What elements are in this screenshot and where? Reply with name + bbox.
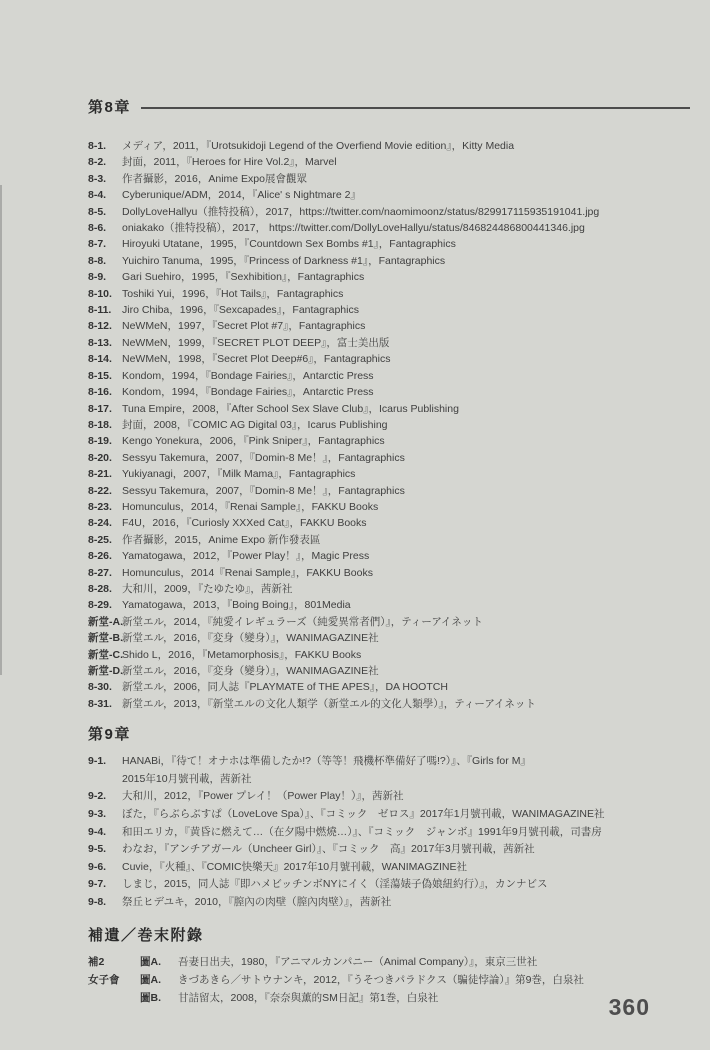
entry-label: 新堂-C.	[88, 647, 122, 663]
list-item: 8-24.F4U，2016，『Curiosly XXXed Cat』，FAKKU…	[88, 515, 690, 531]
list-item: 8-4.Cyberunique/ADM，2014，『Alice' s Night…	[88, 187, 690, 203]
entry-text: 新堂エル，2013，『新堂エルの文化人類学（新堂エル的文化人類學）』，ティーアイ…	[122, 696, 690, 712]
entry-label: 8-12.	[88, 318, 122, 334]
entry-text: しまじ，2015，同人誌『即ハメビッチンボNYにイく（淫蕩婊子偽娘紐約行）』，カ…	[122, 876, 690, 894]
entry-text: Cyberunique/ADM，2014，『Alice' s Nightmare…	[122, 187, 690, 203]
list-item: 8-10.Toshiki Yui，1996，『Hot Tails』，Fantag…	[88, 286, 690, 302]
entry-sublabel: 圖A.	[140, 971, 178, 989]
entry-text: Kondom，1994，『Bondage Fairies』，Antarctic …	[122, 384, 690, 400]
entry-text: 吾妻日出夫，1980，『アニマルカンパニー（Animal Company）』，東…	[178, 953, 690, 971]
entry-label: 8-21.	[88, 466, 122, 482]
list-item: 9-6.Cuvie，『火種』、『COMIC快樂天』2017年10月號刊載，WAN…	[88, 859, 690, 877]
entry-label: 9-2.	[88, 788, 122, 806]
section-ch8: 第8章8-1.メディア，2011，『Urotsukidoji Legend of…	[88, 96, 690, 712]
list-item: 8-11.Jiro Chiba，1996，『Sexcapades』，Fantag…	[88, 302, 690, 318]
list-item: 8-17.Tuna Empire，2008，『After School Sex …	[88, 401, 690, 417]
entry-label: 8-15.	[88, 368, 122, 384]
entry-label: 8-9.	[88, 269, 122, 285]
entry-label: 8-7.	[88, 236, 122, 252]
reference-list: 第8章8-1.メディア，2011，『Urotsukidoji Legend of…	[88, 96, 690, 1007]
entry-label: 補2	[88, 953, 140, 971]
entry-rows: 8-1.メディア，2011，『Urotsukidoji Legend of th…	[88, 138, 690, 712]
list-item: 9-2.大和川，2012，『Power プレイ！（Power Play！）』，茜…	[88, 788, 690, 806]
scanned-book-page: 第8章8-1.メディア，2011，『Urotsukidoji Legend of…	[0, 0, 710, 1050]
entry-label: 9-7.	[88, 876, 122, 894]
entry-text: Yuichiro Tanuma，1995，『Princess of Darkne…	[122, 253, 690, 269]
entry-label: 8-3.	[88, 171, 122, 187]
entry-label: 8-28.	[88, 581, 122, 597]
entry-text: 大和川，2009，『たゆたゆ』，茜新社	[122, 581, 690, 597]
entry-text: Kengo Yonekura，2006，『Pink Sniper』，Fantag…	[122, 433, 690, 449]
scan-edge-artifact	[0, 185, 2, 675]
entry-label: 8-25.	[88, 532, 122, 548]
entry-text: 封面，2011，『Heroes for Hire Vol.2』，Marvel	[122, 154, 690, 170]
entry-text: 新堂エル，2016，『変身（變身）』，WANIMAGAZINE社	[122, 630, 690, 646]
section-ch9: 第9章9-1.HANABi，『待て！オナホは準備したか!?（等等！飛機杯準備好了…	[88, 723, 690, 911]
entry-label: 8-17.	[88, 401, 122, 417]
entry-label: 8-5.	[88, 204, 122, 220]
list-item: 8-25.作者攝影，2015，Anime Expo 新作發表區	[88, 532, 690, 548]
entry-text: 封面，2008，『COMIC AG Digital 03』，Icarus Pub…	[122, 417, 690, 433]
entry-text-continuation: 2015年10月號刊載，茜新社	[122, 771, 690, 789]
entry-text: NeWMeN，1999，『SECRET PLOT DEEP』，富士美出版	[122, 335, 690, 351]
list-item: 8-7.Hiroyuki Utatane，1995，『Countdown Sex…	[88, 236, 690, 252]
entry-label: 8-2.	[88, 154, 122, 170]
section-header: 第9章	[88, 723, 690, 744]
entry-label: 8-18.	[88, 417, 122, 433]
entry-text: Jiro Chiba，1996，『Sexcapades』，Fantagraphi…	[122, 302, 690, 318]
entry-text: Gari Suehiro，1995，『Sexhibition』，Fantagra…	[122, 269, 690, 285]
entry-text: Tuna Empire，2008，『After School Sex Slave…	[122, 401, 690, 417]
entry-label: 8-27.	[88, 565, 122, 581]
entry-text: Yamatogawa，2012，『Power Play！』，Magic Pres…	[122, 548, 690, 564]
entry-label: 8-10.	[88, 286, 122, 302]
list-item: 8-31.新堂エル，2013，『新堂エルの文化人類学（新堂エル的文化人類學）』，…	[88, 696, 690, 712]
entry-text: Cuvie，『火種』、『COMIC快樂天』2017年10月號刊載，WANIMAG…	[122, 859, 690, 877]
entry-label: 8-13.	[88, 335, 122, 351]
entry-label: 9-5.	[88, 841, 122, 859]
entry-sublabel: 圖B.	[140, 989, 178, 1007]
list-item: 8-29.Yamatogawa，2013，『Boing Boing』，801Me…	[88, 597, 690, 613]
entry-text: きづあきら／サトウナンキ，2012，『うそつきパラドクス（騙徒悖論）』第9巻，白…	[178, 971, 690, 989]
entry-label: 8-14.	[88, 351, 122, 367]
list-item: 8-28.大和川，2009，『たゆたゆ』，茜新社	[88, 581, 690, 597]
list-item: 女子會圖A.きづあきら／サトウナンキ，2012，『うそつきパラドクス（騙徒悖論）…	[88, 971, 690, 989]
entry-label	[88, 989, 140, 1007]
entry-text: Homunculus，2014，『Renai Sample』，FAKKU Boo…	[122, 499, 690, 515]
list-item: 9-8.祭丘ヒデユキ，2010，『膣內の肉壁（膣內肉壁）』，茜新社	[88, 894, 690, 912]
entry-label: 8-20.	[88, 450, 122, 466]
list-item: 9-7.しまじ，2015，同人誌『即ハメビッチンボNYにイく（淫蕩婊子偽娘紐約行…	[88, 876, 690, 894]
list-item: 8-19.Kengo Yonekura，2006，『Pink Sniper』，F…	[88, 433, 690, 449]
list-item: 新堂-A.新堂エル，2014，『純愛イレギュラーズ（純愛異常者們）』，ティーアイ…	[88, 614, 690, 630]
entry-label: 9-6.	[88, 859, 122, 877]
entry-text: ぼた，『らぶらぶすぱ（LoveLove Spa）』、『コミック ゼロス』2017…	[122, 806, 690, 824]
entry-text: 祭丘ヒデユキ，2010，『膣內の肉壁（膣內肉壁）』，茜新社	[122, 894, 690, 912]
list-item: 8-23.Homunculus，2014，『Renai Sample』，FAKK…	[88, 499, 690, 515]
list-item: 8-6.oniakako（推特投稿），2017， https://twitter…	[88, 220, 690, 236]
list-item: 新堂-C.Shido L，2016，『Metamorphosis』，FAKKU …	[88, 647, 690, 663]
entry-text: Sessyu Takemura，2007，『Domin-8 Me！』，Fanta…	[122, 450, 690, 466]
entry-label: 9-1.	[88, 753, 122, 788]
entry-text: 大和川，2012，『Power プレイ！（Power Play！）』，茜新社	[122, 788, 690, 806]
entry-text: 作者攝影，2015，Anime Expo 新作發表區	[122, 532, 690, 548]
entry-text: わなお，『アンチアガール（Uncheer Girl）』、『コミック 高』2017…	[122, 841, 690, 859]
list-item: 新堂-B.新堂エル，2016，『変身（變身）』，WANIMAGAZINE社	[88, 630, 690, 646]
list-item: 9-1.HANABi，『待て！オナホは準備したか!?（等等！飛機杯準備好了嗎!?…	[88, 753, 690, 788]
entry-label: 女子會	[88, 971, 140, 989]
entry-label: 8-31.	[88, 696, 122, 712]
list-item: 8-20.Sessyu Takemura，2007，『Domin-8 Me！』，…	[88, 450, 690, 466]
entry-text: Kondom，1994，『Bondage Fairies』，Antarctic …	[122, 368, 690, 384]
list-item: 新堂-D.新堂エル，2016，『変身（變身）』，WANIMAGAZINE社	[88, 663, 690, 679]
section-header: 補遺／巻末附錄	[88, 924, 690, 945]
section-header: 第8章	[88, 96, 690, 117]
entry-text: 作者攝影，2016，Anime Expo展會觀眾	[122, 171, 690, 187]
list-item: 9-4.和田エリカ，『黄昏に燃えて…（在夕陽中燃燒…）』、『コミック ジャンボ』…	[88, 824, 690, 842]
entry-text: NeWMeN，1998，『Secret Plot Deep#6』，Fantagr…	[122, 351, 690, 367]
section-rule	[141, 107, 690, 109]
list-item: 8-3.作者攝影，2016，Anime Expo展會觀眾	[88, 171, 690, 187]
entry-rows: 9-1.HANABi，『待て！オナホは準備したか!?（等等！飛機杯準備好了嗎!?…	[88, 753, 690, 911]
list-item: 8-22.Sessyu Takemura，2007，『Domin-8 Me！』，…	[88, 483, 690, 499]
entry-label: 新堂-A.	[88, 614, 122, 630]
list-item: 8-18.封面，2008，『COMIC AG Digital 03』，Icaru…	[88, 417, 690, 433]
entry-text: HANABi，『待て！オナホは準備したか!?（等等！飛機杯準備好了嗎!?）』、『…	[122, 753, 690, 788]
entry-label: 9-8.	[88, 894, 122, 912]
entry-label: 8-24.	[88, 515, 122, 531]
entry-label: 8-16.	[88, 384, 122, 400]
entry-label: 8-29.	[88, 597, 122, 613]
list-item: 8-8.Yuichiro Tanuma，1995，『Princess of Da…	[88, 253, 690, 269]
list-item: 8-14.NeWMeN，1998，『Secret Plot Deep#6』，Fa…	[88, 351, 690, 367]
entry-label: 8-1.	[88, 138, 122, 154]
section-title: 補遺／巻末附錄	[88, 924, 204, 945]
list-item: 8-9.Gari Suehiro，1995，『Sexhibition』，Fant…	[88, 269, 690, 285]
section-title: 第9章	[88, 723, 131, 744]
entry-label: 8-11.	[88, 302, 122, 318]
entry-label: 8-8.	[88, 253, 122, 269]
entry-text: F4U，2016，『Curiosly XXXed Cat』，FAKKU Book…	[122, 515, 690, 531]
list-item: 8-16.Kondom，1994，『Bondage Fairies』，Antar…	[88, 384, 690, 400]
entry-text: Yamatogawa，2013，『Boing Boing』，801Media	[122, 597, 690, 613]
entry-label: 8-19.	[88, 433, 122, 449]
entry-label: 8-26.	[88, 548, 122, 564]
entry-text: Hiroyuki Utatane，1995，『Countdown Sex Bom…	[122, 236, 690, 252]
entry-label: 8-30.	[88, 679, 122, 695]
list-item: 8-1.メディア，2011，『Urotsukidoji Legend of th…	[88, 138, 690, 154]
entry-text: メディア，2011，『Urotsukidoji Legend of the Ov…	[122, 138, 690, 154]
list-item: 8-13.NeWMeN，1999，『SECRET PLOT DEEP』，富士美出…	[88, 335, 690, 351]
entry-label: 9-3.	[88, 806, 122, 824]
entry-label: 新堂-D.	[88, 663, 122, 679]
entry-text: Sessyu Takemura，2007，『Domin-8 Me！』，Fanta…	[122, 483, 690, 499]
entry-text: DollyLoveHallyu（推特投稿），2017，https://twitt…	[122, 204, 690, 220]
entry-text: NeWMeN，1997，『Secret Plot #7』，Fantagraphi…	[122, 318, 690, 334]
section-appendix: 補遺／巻末附錄補2圖A.吾妻日出夫，1980，『アニマルカンパニー（Animal…	[88, 924, 690, 1007]
entry-label: 9-4.	[88, 824, 122, 842]
list-item: 8-30.新堂エル，2006，同人誌『PLAYMATE of THE APES』…	[88, 679, 690, 695]
entry-label: 8-4.	[88, 187, 122, 203]
entry-label: 8-6.	[88, 220, 122, 236]
list-item: 8-12.NeWMeN，1997，『Secret Plot #7』，Fantag…	[88, 318, 690, 334]
list-item: 補2圖A.吾妻日出夫，1980，『アニマルカンパニー（Animal Compan…	[88, 953, 690, 971]
list-item: 圖B.甘詰留太，2008，『奈奈與薰的SM日記』第1巻，白泉社	[88, 989, 690, 1007]
list-item: 9-5.わなお，『アンチアガール（Uncheer Girl）』、『コミック 高』…	[88, 841, 690, 859]
entry-text: 和田エリカ，『黄昏に燃えて…（在夕陽中燃燒…）』、『コミック ジャンボ』1991…	[122, 824, 690, 842]
entry-text: Homunculus，2014『Renai Sample』，FAKKU Book…	[122, 565, 690, 581]
entry-label: 8-23.	[88, 499, 122, 515]
entry-text: Yukiyanagi，2007，『Milk Mama』，Fantagraphic…	[122, 466, 690, 482]
list-item: 8-26.Yamatogawa，2012，『Power Play！』，Magic…	[88, 548, 690, 564]
entry-text: 新堂エル，2006，同人誌『PLAYMATE of THE APES』，DA H…	[122, 679, 690, 695]
entry-label: 新堂-B.	[88, 630, 122, 646]
entry-text: 新堂エル，2014，『純愛イレギュラーズ（純愛異常者們）』，ティーアイネット	[122, 614, 690, 630]
entry-sublabel: 圖A.	[140, 953, 178, 971]
entry-text: 新堂エル，2016，『変身（變身）』，WANIMAGAZINE社	[122, 663, 690, 679]
entry-rows: 補2圖A.吾妻日出夫，1980，『アニマルカンパニー（Animal Compan…	[88, 953, 690, 1007]
list-item: 8-15.Kondom，1994，『Bondage Fairies』，Antar…	[88, 368, 690, 384]
list-item: 9-3.ぼた，『らぶらぶすぱ（LoveLove Spa）』、『コミック ゼロス』…	[88, 806, 690, 824]
list-item: 8-5.DollyLoveHallyu（推特投稿），2017，https://t…	[88, 204, 690, 220]
page-number: 360	[609, 994, 650, 1021]
list-item: 8-2.封面，2011，『Heroes for Hire Vol.2』，Marv…	[88, 154, 690, 170]
entry-text: oniakako（推特投稿），2017， https://twitter.com…	[122, 220, 690, 236]
entry-label: 8-22.	[88, 483, 122, 499]
list-item: 8-21.Yukiyanagi，2007，『Milk Mama』，Fantagr…	[88, 466, 690, 482]
section-title: 第8章	[88, 96, 131, 117]
list-item: 8-27.Homunculus，2014『Renai Sample』，FAKKU…	[88, 565, 690, 581]
entry-text: Toshiki Yui，1996，『Hot Tails』，Fantagraphi…	[122, 286, 690, 302]
entry-text: Shido L，2016，『Metamorphosis』，FAKKU Books	[122, 647, 690, 663]
